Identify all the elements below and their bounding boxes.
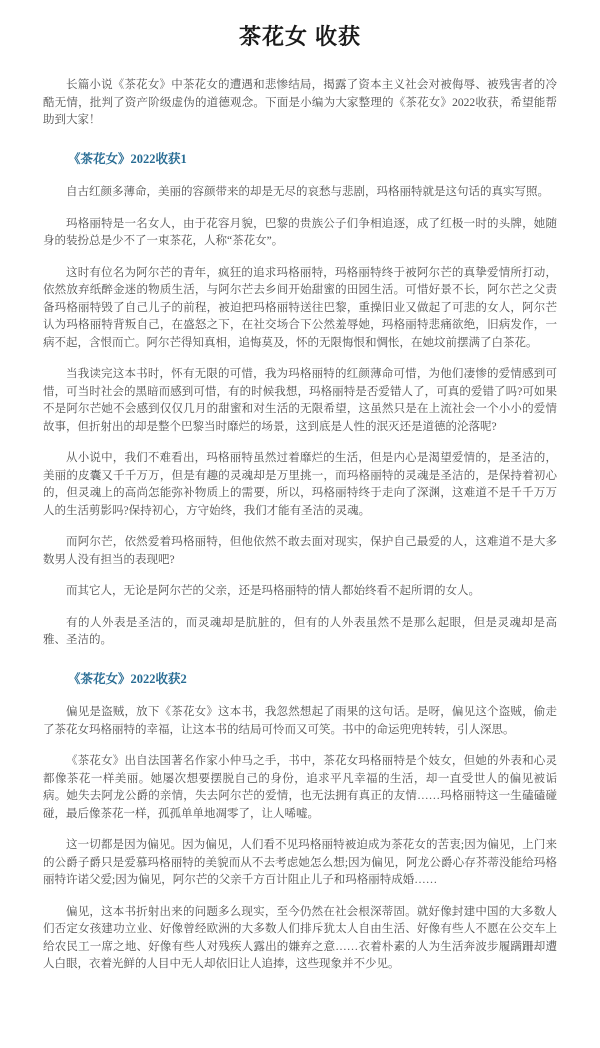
section-heading: 《茶花女》2022收获2 [43,671,557,689]
body-paragraph: 这时有位名为阿尔芒的青年，疯狂的追求玛格丽特，玛格丽特终于被阿尔芒的真挚爱情所打… [43,265,557,353]
body-paragraph: 当我读完这本书时，怀有无限的可惜，我为玛格丽特的红颜薄命可惜，为他们凄惨的爱情感… [43,366,557,436]
document-body: 长篇小说《茶花女》中茶花女的遭遇和悲惨结局，揭露了资本主义社会对被侮辱、被残害者… [43,77,557,974]
body-paragraph: 偏见，这本书折射出来的问题多么现实，至今仍然在社会根深蒂固。就好像封建中国的大多… [43,904,557,974]
page-title: 茶花女 收获 [43,20,557,51]
body-paragraph: 有的人外表是圣洁的，而灵魂却是肮脏的，但有的人外表虽然不是那么起眼，但是灵魂却是… [43,615,557,650]
body-paragraph: 玛格丽特是一名女人，由于花容月貌，巴黎的贵族公子们争相追逐，成了红极一时的头牌，… [43,216,557,251]
body-paragraph: 自古红颜多薄命，美丽的容颜带来的却是无尽的哀愁与悲剧，玛格丽特就是这句话的真实写… [43,184,557,202]
body-paragraph: 长篇小说《茶花女》中茶花女的遭遇和悲惨结局，揭露了资本主义社会对被侮辱、被残害者… [43,77,557,130]
body-paragraph: 而阿尔芒，依然爱着玛格丽特，但他依然不敢去面对现实，保护自己最爱的人，这难道不是… [43,534,557,569]
section-heading: 《茶花女》2022收获1 [43,151,557,169]
body-paragraph: 《茶花女》出自法国著名作家小仲马之手，书中，茶花女玛格丽特是个妓女，但她的外表和… [43,753,557,823]
body-paragraph: 从小说中，我们不难看出，玛格丽特虽然过着靡烂的生活，但是内心是渴望爱情的，是圣洁… [43,450,557,520]
document-page: 茶花女 收获 长篇小说《茶花女》中茶花女的遭遇和悲惨结局，揭露了资本主义社会对被… [0,0,600,1048]
body-paragraph: 这一切都是因为偏见。因为偏见，人们看不见玛格丽特被迫成为茶花女的苦衷;因为偏见，… [43,837,557,890]
body-paragraph: 而其它人，无论是阿尔芒的父亲，还是玛格丽特的情人都始终看不起所谓的女人。 [43,583,557,601]
body-paragraph: 偏见是盗贼，放下《茶花女》这本书，我忽然想起了雨果的这句话。是呀，偏见这个盗贼，… [43,704,557,739]
